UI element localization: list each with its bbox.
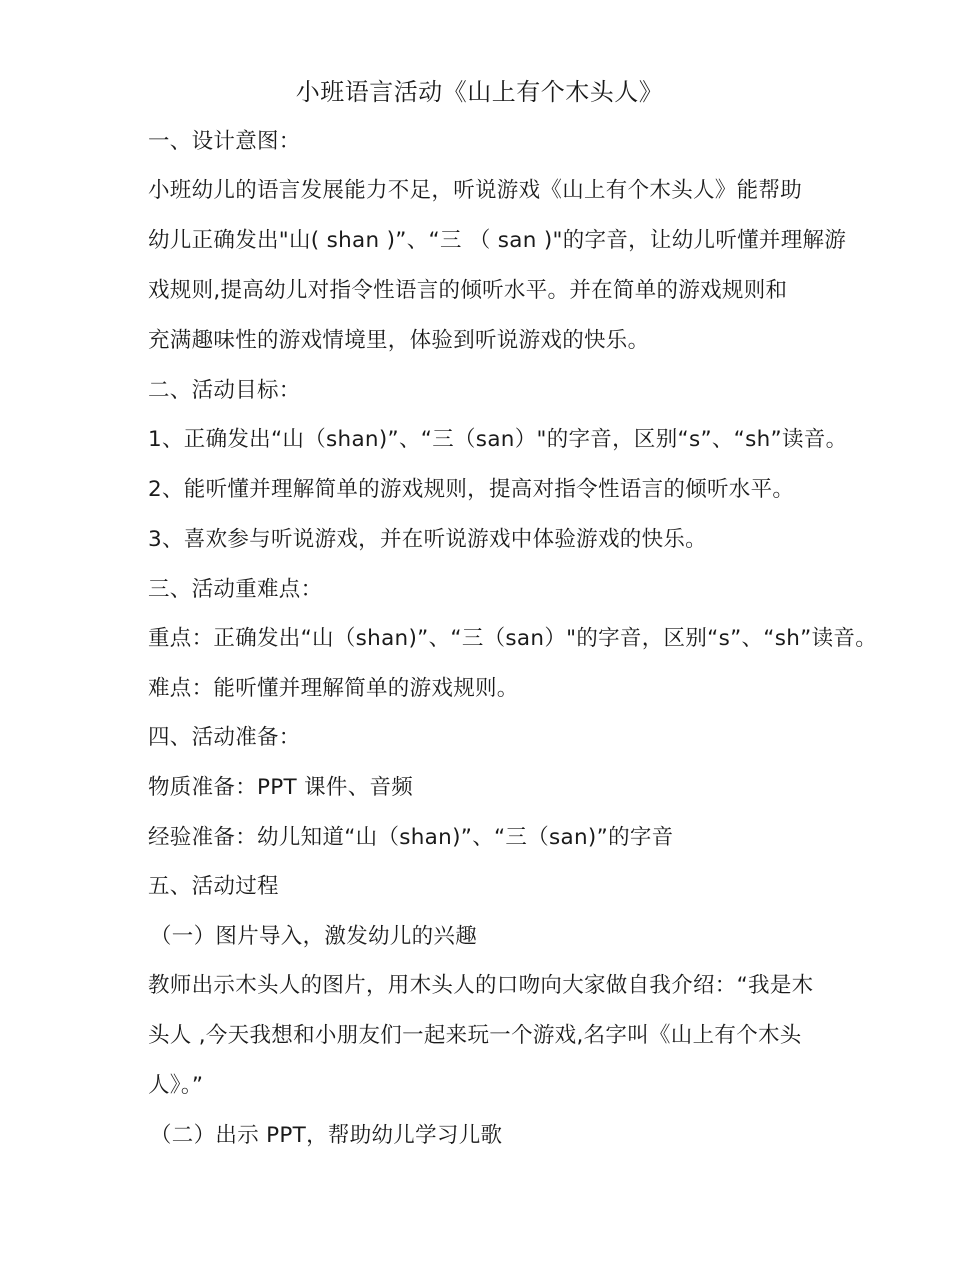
section-heading-design-intent: 一、设计意图： <box>148 126 828 158</box>
section-heading-process: 五、活动过程 <box>148 871 828 903</box>
objective-item-2: 2、能听懂并理解简单的游戏规则，提高对指令性语言的倾听水平。 <box>148 474 828 506</box>
experience-preparation-line: 经验准备：幼儿知道“山（shan)”、“三（san)”的字音 <box>148 822 828 854</box>
material-preparation-line: 物质准备：PPT 课件、音频 <box>148 772 828 804</box>
paragraph-line: 教师出示木头人的图片，用木头人的口吻向大家做自我介绍：“我是木 <box>148 970 828 1002</box>
key-point-line: 重点：正确发出“山（shan)”、“三（san）"的字音，区别“s”、“sh”读… <box>148 623 828 655</box>
difficult-point-line: 难点：能听懂并理解简单的游戏规则。 <box>148 673 828 705</box>
section-heading-key-points: 三、活动重难点： <box>148 574 828 606</box>
section-heading-objectives: 二、活动目标： <box>148 375 828 407</box>
subheading-step-2: （二）出示 PPT，帮助幼儿学习儿歌 <box>150 1120 830 1152</box>
section-heading-preparation: 四、活动准备： <box>148 722 828 754</box>
paragraph-line: 充满趣味性的游戏情境里，体验到听说游戏的快乐。 <box>148 325 828 357</box>
paragraph-line: 人》。” <box>148 1070 828 1102</box>
document-page: 小班语言活动《山上有个木头人》 一、设计意图： 小班幼儿的语言发展能力不足，听说… <box>0 0 959 1280</box>
subheading-step-1: （一）图片导入，激发幼儿的兴趣 <box>150 921 830 953</box>
paragraph-line: 小班幼儿的语言发展能力不足，听说游戏《山上有个木头人》能帮助 <box>148 175 828 207</box>
paragraph-line: 头人 ,今天我想和小朋友们一起来玩一个游戏,名字叫《山上有个木头 <box>148 1020 828 1052</box>
objective-item-1: 1、正确发出“山（shan)”、“三（san）"的字音，区别“s”、“sh”读音… <box>148 424 828 456</box>
paragraph-line: 幼儿正确发出"山( shan )”、“三 （ san )"的字音，让幼儿听懂并理… <box>148 225 828 257</box>
document-title: 小班语言活动《山上有个木头人》 <box>0 74 959 110</box>
objective-item-3: 3、喜欢参与听说游戏，并在听说游戏中体验游戏的快乐。 <box>148 524 828 556</box>
paragraph-line: 戏规则,提高幼儿对指令性语言的倾听水平。并在简单的游戏规则和 <box>148 275 828 307</box>
